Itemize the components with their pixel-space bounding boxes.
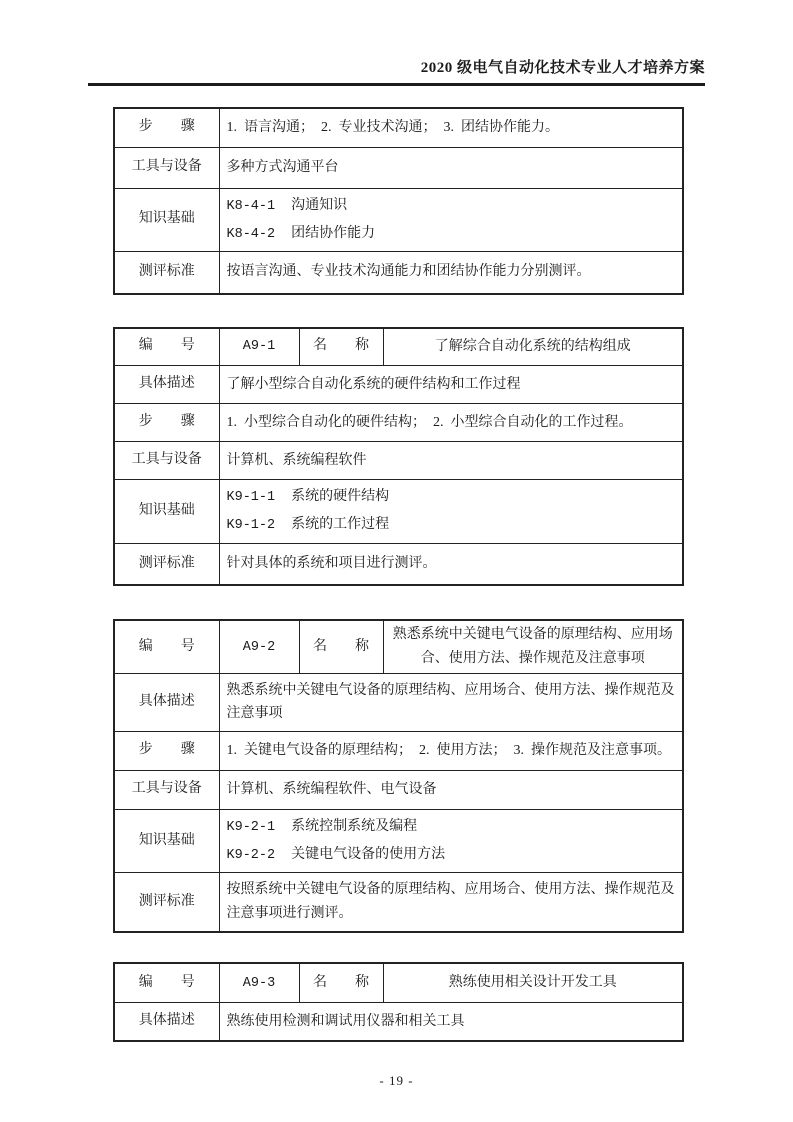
table-row: 工具与设备 多种方式沟通平台 bbox=[114, 147, 683, 188]
table-row: 编 号 A9-2 名 称 熟悉系统中关键电气设备的原理结构、应用场合、使用方法、… bbox=[114, 620, 683, 673]
table-row: 知识基础 K9-1-1系统的硬件结构 K9-1-2系统的工作过程 bbox=[114, 480, 683, 544]
field-label-id: 编 号 bbox=[114, 620, 219, 673]
knowledge-text: 沟通知识 bbox=[291, 198, 347, 213]
field-label-description: 具体描述 bbox=[114, 366, 219, 404]
table-row: 编 号 A9-3 名 称 熟练使用相关设计开发工具 bbox=[114, 963, 683, 1003]
table-row: 工具与设备 计算机、系统编程软件 bbox=[114, 442, 683, 480]
field-value-tools: 计算机、系统编程软件 bbox=[219, 442, 683, 480]
field-value-steps: 1. 小型综合自动化的硬件结构； 2. 小型综合自动化的工作过程。 bbox=[219, 404, 683, 442]
knowledge-item: K9-2-1系统控制系统及编程 bbox=[227, 813, 677, 841]
skill-name: 熟练使用相关设计开发工具 bbox=[383, 963, 683, 1003]
skill-table-1: 步 骤 1. 语言沟通； 2. 专业技术沟通； 3. 团结协作能力。 工具与设备… bbox=[113, 107, 684, 295]
table-row: 知识基础 K9-2-1系统控制系统及编程 K9-2-2关键电气设备的使用方法 bbox=[114, 809, 683, 873]
field-label-description: 具体描述 bbox=[114, 1003, 219, 1041]
skill-table-4: 编 号 A9-3 名 称 熟练使用相关设计开发工具 具体描述 熟练使用检测和调试… bbox=[113, 962, 684, 1042]
field-label-steps: 步 骤 bbox=[114, 404, 219, 442]
field-value-tools: 多种方式沟通平台 bbox=[219, 147, 683, 188]
knowledge-text: 系统控制系统及编程 bbox=[291, 819, 417, 834]
field-value-tools: 计算机、系统编程软件、电气设备 bbox=[219, 770, 683, 809]
field-label-knowledge: 知识基础 bbox=[114, 188, 219, 252]
knowledge-item: K9-1-1系统的硬件结构 bbox=[227, 483, 677, 511]
table-row: 步 骤 1. 小型综合自动化的硬件结构； 2. 小型综合自动化的工作过程。 bbox=[114, 404, 683, 442]
knowledge-text: 关键电气设备的使用方法 bbox=[291, 847, 445, 862]
knowledge-item: K9-2-2关键电气设备的使用方法 bbox=[227, 841, 677, 869]
field-label-tools: 工具与设备 bbox=[114, 442, 219, 480]
field-label-id: 编 号 bbox=[114, 328, 219, 366]
field-label-steps: 步 骤 bbox=[114, 731, 219, 770]
knowledge-code: K9-1-2 bbox=[227, 518, 276, 533]
knowledge-code: K8-4-2 bbox=[227, 227, 276, 242]
page-header-title: 2020 级电气自动化技术专业人才培养方案 bbox=[88, 58, 705, 78]
field-value-evaluation: 按照系统中关键电气设备的原理结构、应用场合、使用方法、操作规范及注意事项进行测评… bbox=[219, 873, 683, 932]
field-label-tools: 工具与设备 bbox=[114, 770, 219, 809]
skill-name: 了解综合自动化系统的结构组成 bbox=[383, 328, 683, 366]
field-label-evaluation: 测评标准 bbox=[114, 252, 219, 294]
knowledge-text: 系统的工作过程 bbox=[291, 517, 389, 532]
skill-table-3: 编 号 A9-2 名 称 熟悉系统中关键电气设备的原理结构、应用场合、使用方法、… bbox=[113, 619, 684, 933]
field-value-description: 熟悉系统中关键电气设备的原理结构、应用场合、使用方法、操作规范及注意事项 bbox=[219, 673, 683, 731]
knowledge-code: K9-1-1 bbox=[227, 490, 276, 505]
field-label-id: 编 号 bbox=[114, 963, 219, 1003]
field-label-description: 具体描述 bbox=[114, 673, 219, 731]
field-label-name: 名 称 bbox=[299, 620, 383, 673]
knowledge-code: K9-2-2 bbox=[227, 848, 276, 863]
field-value-knowledge: K9-1-1系统的硬件结构 K9-1-2系统的工作过程 bbox=[219, 480, 683, 544]
knowledge-code: K8-4-1 bbox=[227, 199, 276, 214]
field-value-steps: 1. 语言沟通； 2. 专业技术沟通； 3. 团结协作能力。 bbox=[219, 108, 683, 147]
field-value-knowledge: K9-2-1系统控制系统及编程 K9-2-2关键电气设备的使用方法 bbox=[219, 809, 683, 873]
skill-id: A9-3 bbox=[219, 963, 299, 1003]
table-row: 测评标准 针对具体的系统和项目进行测评。 bbox=[114, 543, 683, 585]
field-label-evaluation: 测评标准 bbox=[114, 873, 219, 932]
knowledge-item: K9-1-2系统的工作过程 bbox=[227, 511, 677, 539]
knowledge-code: K9-2-1 bbox=[227, 820, 276, 835]
table-row: 具体描述 熟练使用检测和调试用仪器和相关工具 bbox=[114, 1003, 683, 1041]
table-row: 编 号 A9-1 名 称 了解综合自动化系统的结构组成 bbox=[114, 328, 683, 366]
field-value-evaluation: 针对具体的系统和项目进行测评。 bbox=[219, 543, 683, 585]
header-rule bbox=[88, 83, 705, 86]
field-value-description: 熟练使用检测和调试用仪器和相关工具 bbox=[219, 1003, 683, 1041]
table-row: 工具与设备 计算机、系统编程软件、电气设备 bbox=[114, 770, 683, 809]
field-label-evaluation: 测评标准 bbox=[114, 543, 219, 585]
field-value-evaluation: 按语言沟通、专业技术沟通能力和团结协作能力分别测评。 bbox=[219, 252, 683, 294]
table-row: 具体描述 了解小型综合自动化系统的硬件结构和工作过程 bbox=[114, 366, 683, 404]
table-row: 步 骤 1. 关键电气设备的原理结构； 2. 使用方法； 3. 操作规范及注意事… bbox=[114, 731, 683, 770]
knowledge-text: 团结协作能力 bbox=[291, 226, 375, 241]
knowledge-item: K8-4-1沟通知识 bbox=[227, 192, 677, 220]
skill-id: A9-2 bbox=[219, 620, 299, 673]
field-label-knowledge: 知识基础 bbox=[114, 809, 219, 873]
field-label-tools: 工具与设备 bbox=[114, 147, 219, 188]
table-row: 测评标准 按语言沟通、专业技术沟通能力和团结协作能力分别测评。 bbox=[114, 252, 683, 294]
knowledge-item: K8-4-2团结协作能力 bbox=[227, 220, 677, 248]
field-label-steps: 步 骤 bbox=[114, 108, 219, 147]
table-row: 知识基础 K8-4-1沟通知识 K8-4-2团结协作能力 bbox=[114, 188, 683, 252]
field-value-knowledge: K8-4-1沟通知识 K8-4-2团结协作能力 bbox=[219, 188, 683, 252]
skill-table-2: 编 号 A9-1 名 称 了解综合自动化系统的结构组成 具体描述 了解小型综合自… bbox=[113, 327, 684, 587]
field-label-name: 名 称 bbox=[299, 963, 383, 1003]
table-row: 测评标准 按照系统中关键电气设备的原理结构、应用场合、使用方法、操作规范及注意事… bbox=[114, 873, 683, 932]
field-value-description: 了解小型综合自动化系统的硬件结构和工作过程 bbox=[219, 366, 683, 404]
table-row: 具体描述 熟悉系统中关键电气设备的原理结构、应用场合、使用方法、操作规范及注意事… bbox=[114, 673, 683, 731]
field-value-steps: 1. 关键电气设备的原理结构； 2. 使用方法； 3. 操作规范及注意事项。 bbox=[219, 731, 683, 770]
table-row: 步 骤 1. 语言沟通； 2. 专业技术沟通； 3. 团结协作能力。 bbox=[114, 108, 683, 147]
skill-id: A9-1 bbox=[219, 328, 299, 366]
page-number: - 19 - bbox=[88, 1073, 705, 1089]
knowledge-text: 系统的硬件结构 bbox=[291, 489, 389, 504]
field-label-name: 名 称 bbox=[299, 328, 383, 366]
skill-name: 熟悉系统中关键电气设备的原理结构、应用场合、使用方法、操作规范及注意事项 bbox=[383, 620, 683, 673]
field-label-knowledge: 知识基础 bbox=[114, 480, 219, 544]
document-page: 2020 级电气自动化技术专业人才培养方案 步 骤 1. 语言沟通； 2. 专业… bbox=[0, 0, 793, 1122]
